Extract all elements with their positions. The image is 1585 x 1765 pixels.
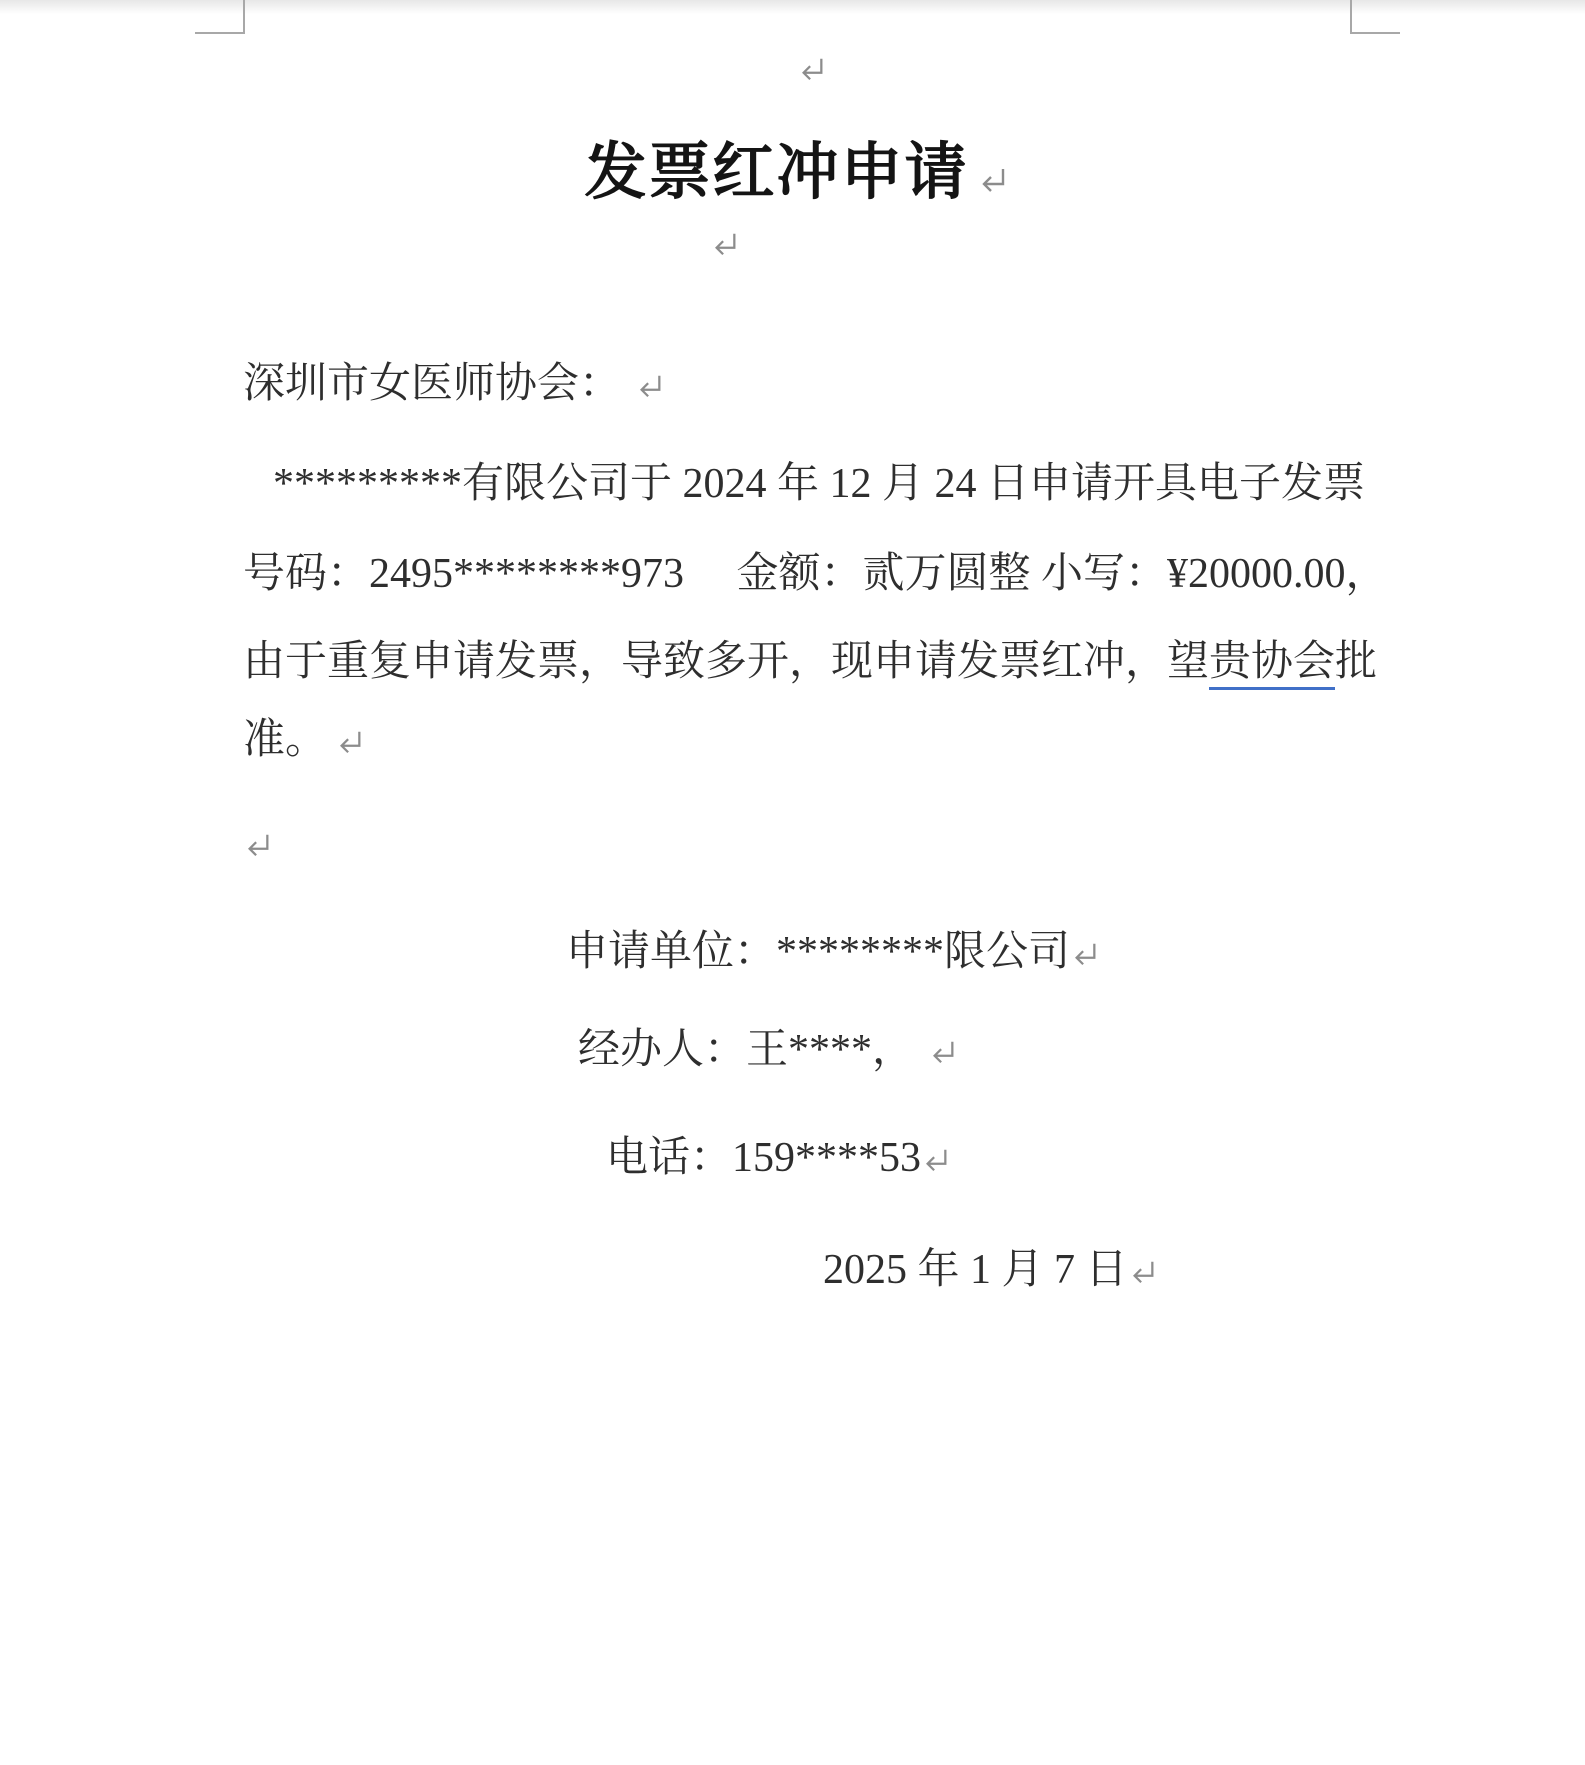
paragraph-mark-icon [1128, 1258, 1158, 1286]
body-line-2-text: 号码：2495********973 金额：贰万圆整 小写：¥20000.00， [243, 551, 1388, 597]
page-top-shadow [0, 0, 1585, 14]
text-boundary-mark-line [1350, 0, 1352, 34]
body-line-4-text: 准。 [243, 717, 327, 763]
salutation-line[interactable]: 深圳市女医师协会： [243, 360, 665, 408]
paragraph-mark-icon [635, 372, 665, 400]
phone-line[interactable]: 电话：159****53 [606, 1134, 951, 1182]
body-line-1-text: *********有限公司于 2024 年 12 月 24 日申请开具电子发票 [273, 461, 1365, 507]
paragraph-mark-icon [335, 728, 365, 756]
document-title-line[interactable]: 发票红冲申请 [243, 140, 1350, 205]
text-boundary-mark-line [195, 32, 245, 34]
handler-text: 经办人：王****， [578, 1027, 914, 1073]
handler-line[interactable]: 经办人：王****， [578, 1026, 958, 1074]
phone-text: 电话：159****53 [606, 1135, 921, 1181]
text-boundary-mark-line [243, 0, 245, 34]
paragraph-mark-icon [977, 165, 1009, 195]
paragraph-mark-icon [797, 55, 827, 83]
body-line-3-text: 由于重复申请发票，导致多开，现申请发票红冲，望 [243, 639, 1209, 685]
body-line-1[interactable]: *********有限公司于 2024 年 12 月 24 日申请开具电子发票 [273, 460, 1365, 508]
applicant-text: 申请单位：********限公司 [566, 929, 1070, 975]
date-text: 2025 年 1 月 7 日 [823, 1247, 1128, 1293]
document-page: 发票红冲申请 深圳市女医师协会： *********有限公司于 2024 年 1… [0, 0, 1585, 1765]
paragraph-mark-icon [1070, 940, 1100, 968]
paragraph-mark-icon [243, 831, 273, 859]
page-title: 发票红冲申请 [584, 138, 968, 207]
paragraph-mark-icon [921, 1146, 951, 1174]
paragraph-mark-icon [710, 230, 740, 258]
text-boundary-mark-line [1350, 32, 1400, 34]
body-line-4[interactable]: 准。 [243, 716, 365, 764]
body-line-3[interactable]: 由于重复申请发票，导致多开，现申请发票红冲，望贵协会批 [243, 638, 1377, 686]
body-line-3-tail: 批 [1335, 639, 1377, 685]
salutation-text: 深圳市女医师协会： [243, 361, 621, 407]
body-line-2[interactable]: 号码：2495********973 金额：贰万圆整 小写：¥20000.00， [243, 550, 1388, 598]
grammar-flagged-text[interactable]: 贵协会 [1209, 639, 1335, 690]
paragraph-mark-icon [928, 1038, 958, 1066]
date-line[interactable]: 2025 年 1 月 7 日 [823, 1246, 1158, 1294]
applicant-line[interactable]: 申请单位：********限公司 [566, 928, 1100, 976]
